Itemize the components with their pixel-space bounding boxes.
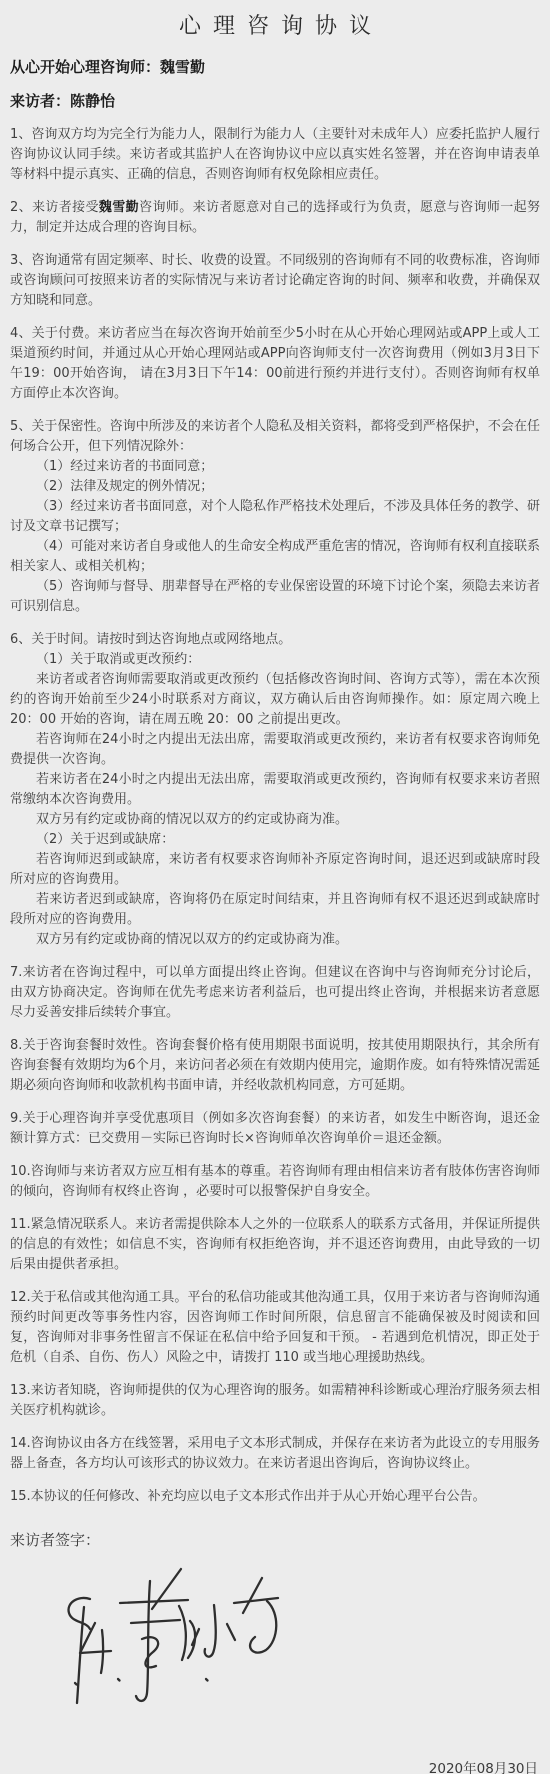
agreement-document: 心理咨询协议 从心开始心理咨询师：魏雪勤 来访者：陈静怡 1、咨询双方均为完全行… [0,0,550,1774]
counselor-line: 从心开始心理咨询师：魏雪勤 [10,57,540,78]
sub-paragraph: 来访者或者咨询师需要取消或更改预约（包括修改咨询时间、咨询方式等），需在本次预约… [10,670,540,730]
sub-paragraph: （1）关于取消或更改预约： [10,650,540,670]
sub-paragraph: （2）关于迟到或缺席： [10,830,540,850]
sub-paragraph: （5）咨询师与督导、朋辈督导在严格的专业保密设置的环境下讨论个案，须隐去来访者可… [10,577,540,617]
clause-paragraph: 2、来访者接受魏雪勤咨询师。来访者愿意对自己的选择或行为负责，愿意与咨询师一起努… [10,198,540,238]
clause-paragraph: 7.来访者在咨询过程中，可以单方面提出终止咨询。但建议在咨询中与咨询师充分讨论后… [10,963,540,1023]
signature-date: 2020年08月30日 [10,1759,540,1774]
clause-paragraph: 10.咨询师与来访者双方应互相有基本的尊重。若咨询师有理由相信来访者有肢体伤害咨… [10,1162,540,1202]
clauses: 1、咨询双方均为完全行为能力人，限制行为能力人（主要针对未成年人）应委托监护人履… [10,125,540,1507]
sub-paragraph: 若咨询师迟到或缺席，来访者有权要求咨询师补齐原定咨询时间，退还迟到或缺席时段所对… [10,850,540,890]
clause-paragraph: 3、咨询通常有固定频率、时长、收费的设置。不同级别的咨询师有不同的收费标准，咨询… [10,251,540,311]
clause-paragraph: 8.关于咨询套餐时效性。咨询套餐价格有使用期限书面说明，按其使用期限执行，其余所… [10,1036,540,1096]
clause-paragraph: 11.紧急情况联系人。来访者需提供除本人之外的一位联系人的联系方式备用，并保证所… [10,1215,540,1275]
clause-paragraph: 13.来访者知晓，咨询师提供的仅为心理咨询的服务。如需精神科诊断或心理治疗服务须… [10,1381,540,1421]
signature-ink-svg [38,1563,288,1725]
sub-paragraph: （4）可能对来访者自身或他人的生命安全构成严重危害的情况，咨询师有权利直接联系相… [10,537,540,577]
clause-paragraph: 14.咨询协议由各方在线签署，采用电子文本形式制成，并保存在来访者为此设立的专用… [10,1434,540,1474]
sub-paragraph: （2）法律及规定的例外情况； [10,477,540,497]
clause-paragraph: 12.关于私信或其他沟通工具。平台的私信功能或其他沟通工具，仅用于来访者与咨询师… [10,1288,540,1368]
clause-paragraph: 6、关于时间。请按时到达咨询地点或网络地点。 [10,630,540,650]
signature-label: 来访者签字： [10,1529,540,1551]
sub-paragraph: （1）经过来访者的书面同意； [10,457,540,477]
page-title: 心理咨询协议 [10,10,540,44]
clause-paragraph: 9.关于心理咨询并享受优惠项目（例如多次咨询套餐）的来访者，如发生中断咨询，退还… [10,1109,540,1149]
clause-paragraph: 5、关于保密性。咨询中所涉及的来访者个人隐私及相关资料，都将受到严格保护，不会在… [10,417,540,457]
sub-paragraph: 若来访者迟到或缺席，咨询将仍在原定时间结束，并且咨询师有权不退还迟到或缺席时段所… [10,890,540,930]
clause-paragraph: 1、咨询双方均为完全行为能力人，限制行为能力人（主要针对未成年人）应委托监护人履… [10,125,540,185]
clause-paragraph: 15.本协议的任何修改、补充均应以电子文本形式作出并于从心开始心理平台公告。 [10,1487,540,1507]
sub-paragraph: 双方另有约定或协商的情况以双方的约定或协商为准。 [10,930,540,950]
visitor-line: 来访者：陈静怡 [10,91,540,112]
sub-paragraph: 若来访者在24小时之内提出无法出席，需要取消或更改预约，咨询师有权要求来访者照常… [10,770,540,810]
sub-paragraph: 若咨询师在24小时之内提出无法出席，需要取消或更改预约，来访者有权要求咨询师免费… [10,730,540,770]
handwritten-signature [38,1563,298,1733]
sub-paragraph: 双方另有约定或协商的情况以双方的约定或协商为准。 [10,810,540,830]
sub-paragraph: （3）经过来访者书面同意，对个人隐私作严格技术处理后，不涉及具体任务的教学、研讨… [10,497,540,537]
clause-paragraph: 4、关于付费。来访者应当在每次咨询开始前至少5小时在从心开始心理网站或APP上或… [10,324,540,404]
